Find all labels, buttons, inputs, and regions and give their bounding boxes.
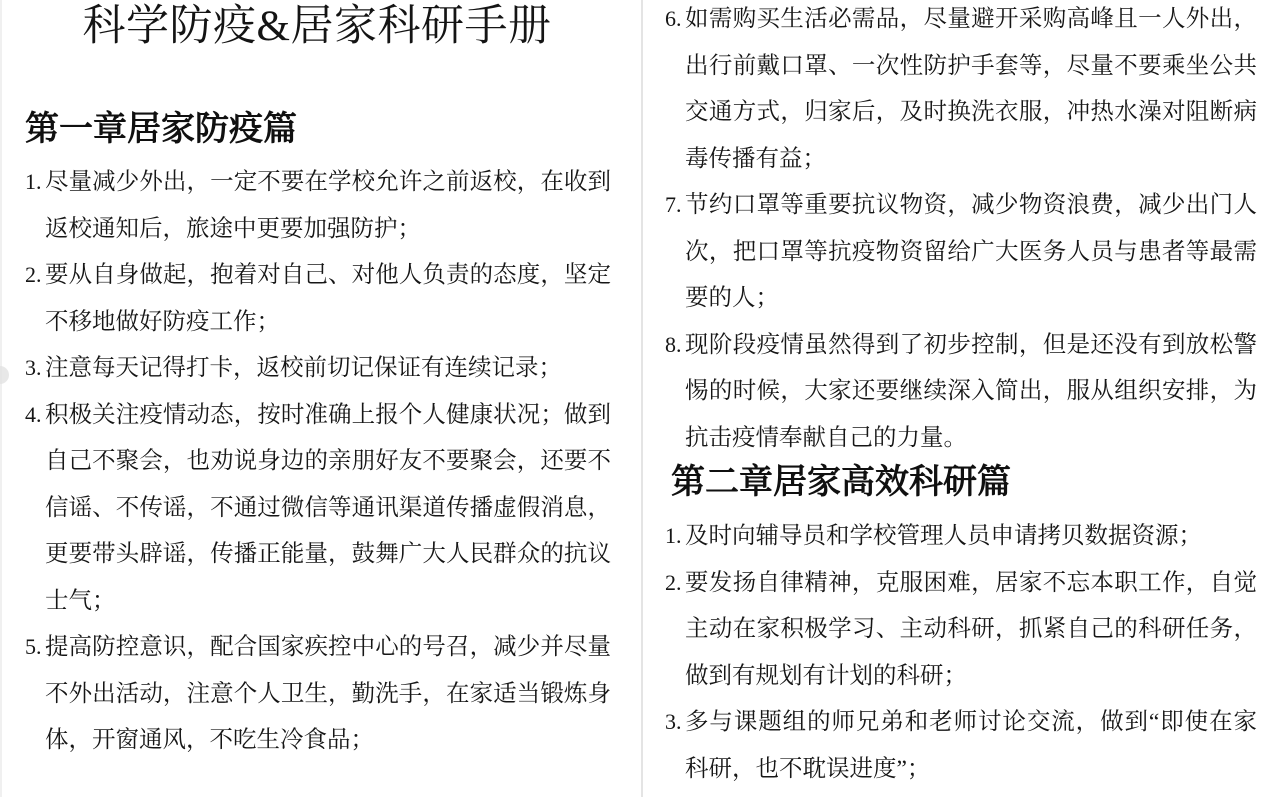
list-item-text: 要从自身做起，抱着对自己、对他人负责的态度，坚定不移地做好防疫工作； — [45, 262, 611, 335]
list-item-text: 节约口罩等重要抗议物资，减少物资浪费，减少出门人次，把口罩等抗疫物资留给广大医务… — [685, 192, 1257, 311]
list-item-number: 7. — [665, 182, 682, 229]
list-item-text: 及时向辅导员和学校管理人员申请拷贝数据资源； — [685, 523, 1202, 549]
list-item: 8.现阶段疫情虽然得到了初步控制，但是还没有到放松警惕的时候，大家还要继续深入简… — [665, 322, 1257, 462]
list-item-text: 现阶段疫情虽然得到了初步控制，但是还没有到放松警惕的时候，大家还要继续深入简出，… — [685, 332, 1257, 451]
list-item-text: 要发扬自律精神，克服困难，居家不忘本职工作，自觉主动在家积极学习、主动科研，抓紧… — [685, 570, 1257, 689]
list-item-number: 5. — [25, 624, 42, 671]
list-item-number: 1. — [665, 513, 682, 560]
list-item: 1.尽量减少外出，一定不要在学校允许之前返校，在收到返校通知后，旅途中更要加强防… — [25, 159, 611, 252]
list-item-text: 多与课题组的师兄弟和老师讨论交流，做到“即使在家科研，也不耽误进度”； — [685, 709, 1257, 782]
list-item-number: 2. — [665, 560, 682, 607]
list-item-number: 3. — [665, 699, 682, 746]
list-item-number: 8. — [665, 322, 682, 369]
page-left-edge — [0, 0, 2, 797]
list-item-number: 1. — [25, 159, 42, 206]
list-item-text: 尽量减少外出，一定不要在学校允许之前返校，在收到返校通知后，旅途中更要加强防护； — [45, 169, 611, 242]
list-item: 2.要发扬自律精神，克服困难，居家不忘本职工作，自觉主动在家积极学习、主动科研，… — [665, 560, 1257, 700]
list-item-number: 6. — [665, 0, 682, 43]
chapter-2-heading: 第二章居家高效科研篇 — [671, 463, 1257, 503]
column-divider — [641, 0, 643, 797]
list-item: 3.注意每天记得打卡，返校前切记保证有连续记录； — [25, 345, 611, 392]
list-item-number: 2. — [25, 252, 42, 299]
list-item: 1.及时向辅导员和学校管理人员申请拷贝数据资源； — [665, 513, 1257, 560]
list-item: 5.提高防控意识，配合国家疾控中心的号召，减少并尽量不外出活动，注意个人卫生，勤… — [25, 624, 611, 764]
left-column: 1.尽量减少外出，一定不要在学校允许之前返校，在收到返校通知后，旅途中更要加强防… — [25, 159, 611, 764]
list-item-number: 4. — [25, 392, 42, 439]
list-item: 6.如需购买生活必需品，尽量避开采购高峰且一人外出，出行前戴口罩、一次性防护手套… — [665, 0, 1257, 182]
page-title: 科学防疫&居家科研手册 — [0, 0, 634, 56]
list-item-text: 积极关注疫情动态，按时准确上报个人健康状况；做到自己不聚会，也劝说身边的亲朋好友… — [45, 402, 611, 614]
list-item: 2.要从自身做起，抱着对自己、对他人负责的态度，坚定不移地做好防疫工作； — [25, 252, 611, 345]
list-item: 4.积极关注疫情动态，按时准确上报个人健康状况；做到自己不聚会，也劝说身边的亲朋… — [25, 392, 611, 625]
chapter-1-heading: 第一章居家防疫篇 — [25, 109, 297, 151]
list-item-number: 3. — [25, 345, 42, 392]
document-page: 科学防疫&居家科研手册 第一章居家防疫篇 1.尽量减少外出，一定不要在学校允许之… — [0, 0, 1267, 797]
left-edge-bubble — [0, 366, 9, 384]
list-item-text: 提高防控意识，配合国家疾控中心的号召，减少并尽量不外出活动，注意个人卫生，勤洗手… — [45, 634, 611, 753]
list-item: 3.多与课题组的师兄弟和老师讨论交流，做到“即使在家科研，也不耽误进度”； — [665, 699, 1257, 792]
list-item-text: 注意每天记得打卡，返校前切记保证有连续记录； — [45, 355, 562, 381]
list-item-text: 如需购买生活必需品，尽量避开采购高峰且一人外出，出行前戴口罩、一次性防护手套等，… — [685, 6, 1257, 172]
right-column: 6.如需购买生活必需品，尽量避开采购高峰且一人外出，出行前戴口罩、一次性防护手套… — [665, 0, 1257, 792]
list-item: 7.节约口罩等重要抗议物资，减少物资浪费，减少出门人次，把口罩等抗疫物资留给广大… — [665, 182, 1257, 322]
